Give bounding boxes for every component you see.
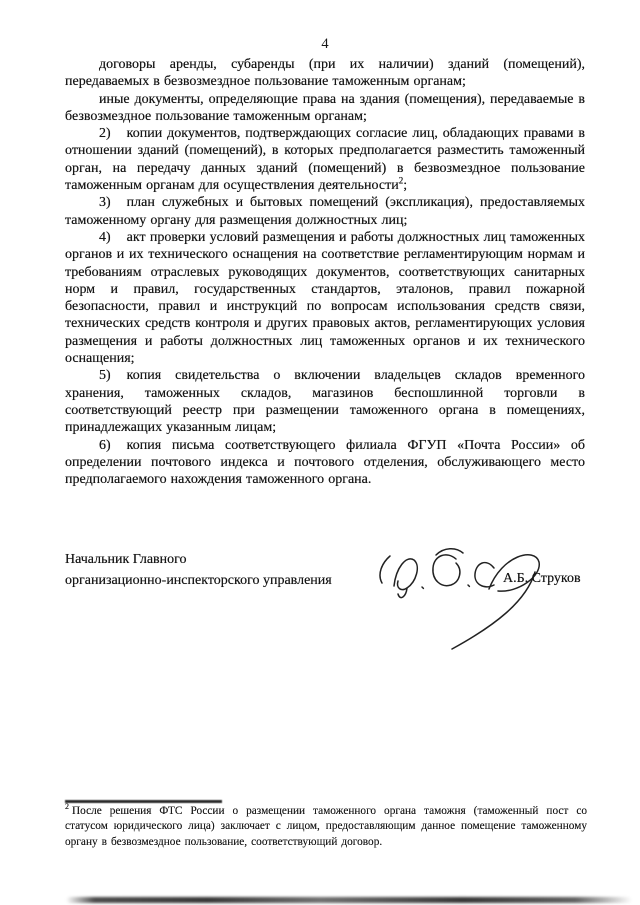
- item-number: 6): [99, 438, 111, 453]
- paragraph-text-tail: ;: [403, 178, 407, 193]
- signer-title-line1: Начальник Главного: [65, 550, 395, 571]
- item-number: 2): [99, 126, 111, 141]
- paragraph: договоры аренды, субаренды (при их налич…: [65, 56, 585, 91]
- handwritten-signature-icon: [356, 542, 556, 654]
- paragraph-text: копия письма соответствующего филиала ФГ…: [65, 438, 585, 488]
- paragraph-text: копия свидетельства о включении владельц…: [65, 368, 585, 435]
- paragraph-text: договоры аренды, субаренды (при их налич…: [65, 57, 585, 89]
- paragraph-text: копии документов, подтверждающих согласи…: [65, 126, 585, 193]
- scan-edge-artifact: [66, 897, 632, 903]
- paragraph: 2)копии документов, подтверждающих согла…: [65, 125, 585, 194]
- paragraph: 4)акт проверки условий размещения и рабо…: [65, 229, 585, 367]
- footnote-separator: [65, 800, 222, 803]
- signature-block-title: Начальник Главного организационно-инспек…: [65, 550, 395, 591]
- document-page: 4 договоры аренды, субаренды (при их нал…: [0, 0, 640, 905]
- footnote-text: После решения ФТС России о размещении та…: [65, 805, 587, 848]
- body-text: договоры аренды, субаренды (при их налич…: [65, 56, 585, 488]
- paragraph: 5)копия свидетельства о включении владел…: [65, 367, 585, 436]
- paragraph: иные документы, определяющие права на зд…: [65, 91, 585, 126]
- item-number: 3): [99, 195, 111, 210]
- item-number: 5): [99, 368, 111, 383]
- footnote: 2После решения ФТС России о размещении т…: [65, 804, 587, 850]
- paragraph-text: план служебных и бытовых помещений (эксп…: [65, 195, 585, 227]
- paragraph: 3)план служебных и бытовых помещений (эк…: [65, 194, 585, 229]
- signer-name: А.Б. Струков: [503, 571, 581, 587]
- paragraph-text: акт проверки условий размещения и работы…: [65, 230, 585, 366]
- paragraph-text: иные документы, определяющие права на зд…: [65, 92, 585, 124]
- page-number: 4: [65, 36, 585, 53]
- signer-title-line2: организационно-инспекторского управления: [65, 571, 395, 592]
- paragraph: 6)копия письма соответствующего филиала …: [65, 437, 585, 489]
- item-number: 4): [99, 230, 111, 245]
- footnote-marker: 2: [65, 802, 69, 811]
